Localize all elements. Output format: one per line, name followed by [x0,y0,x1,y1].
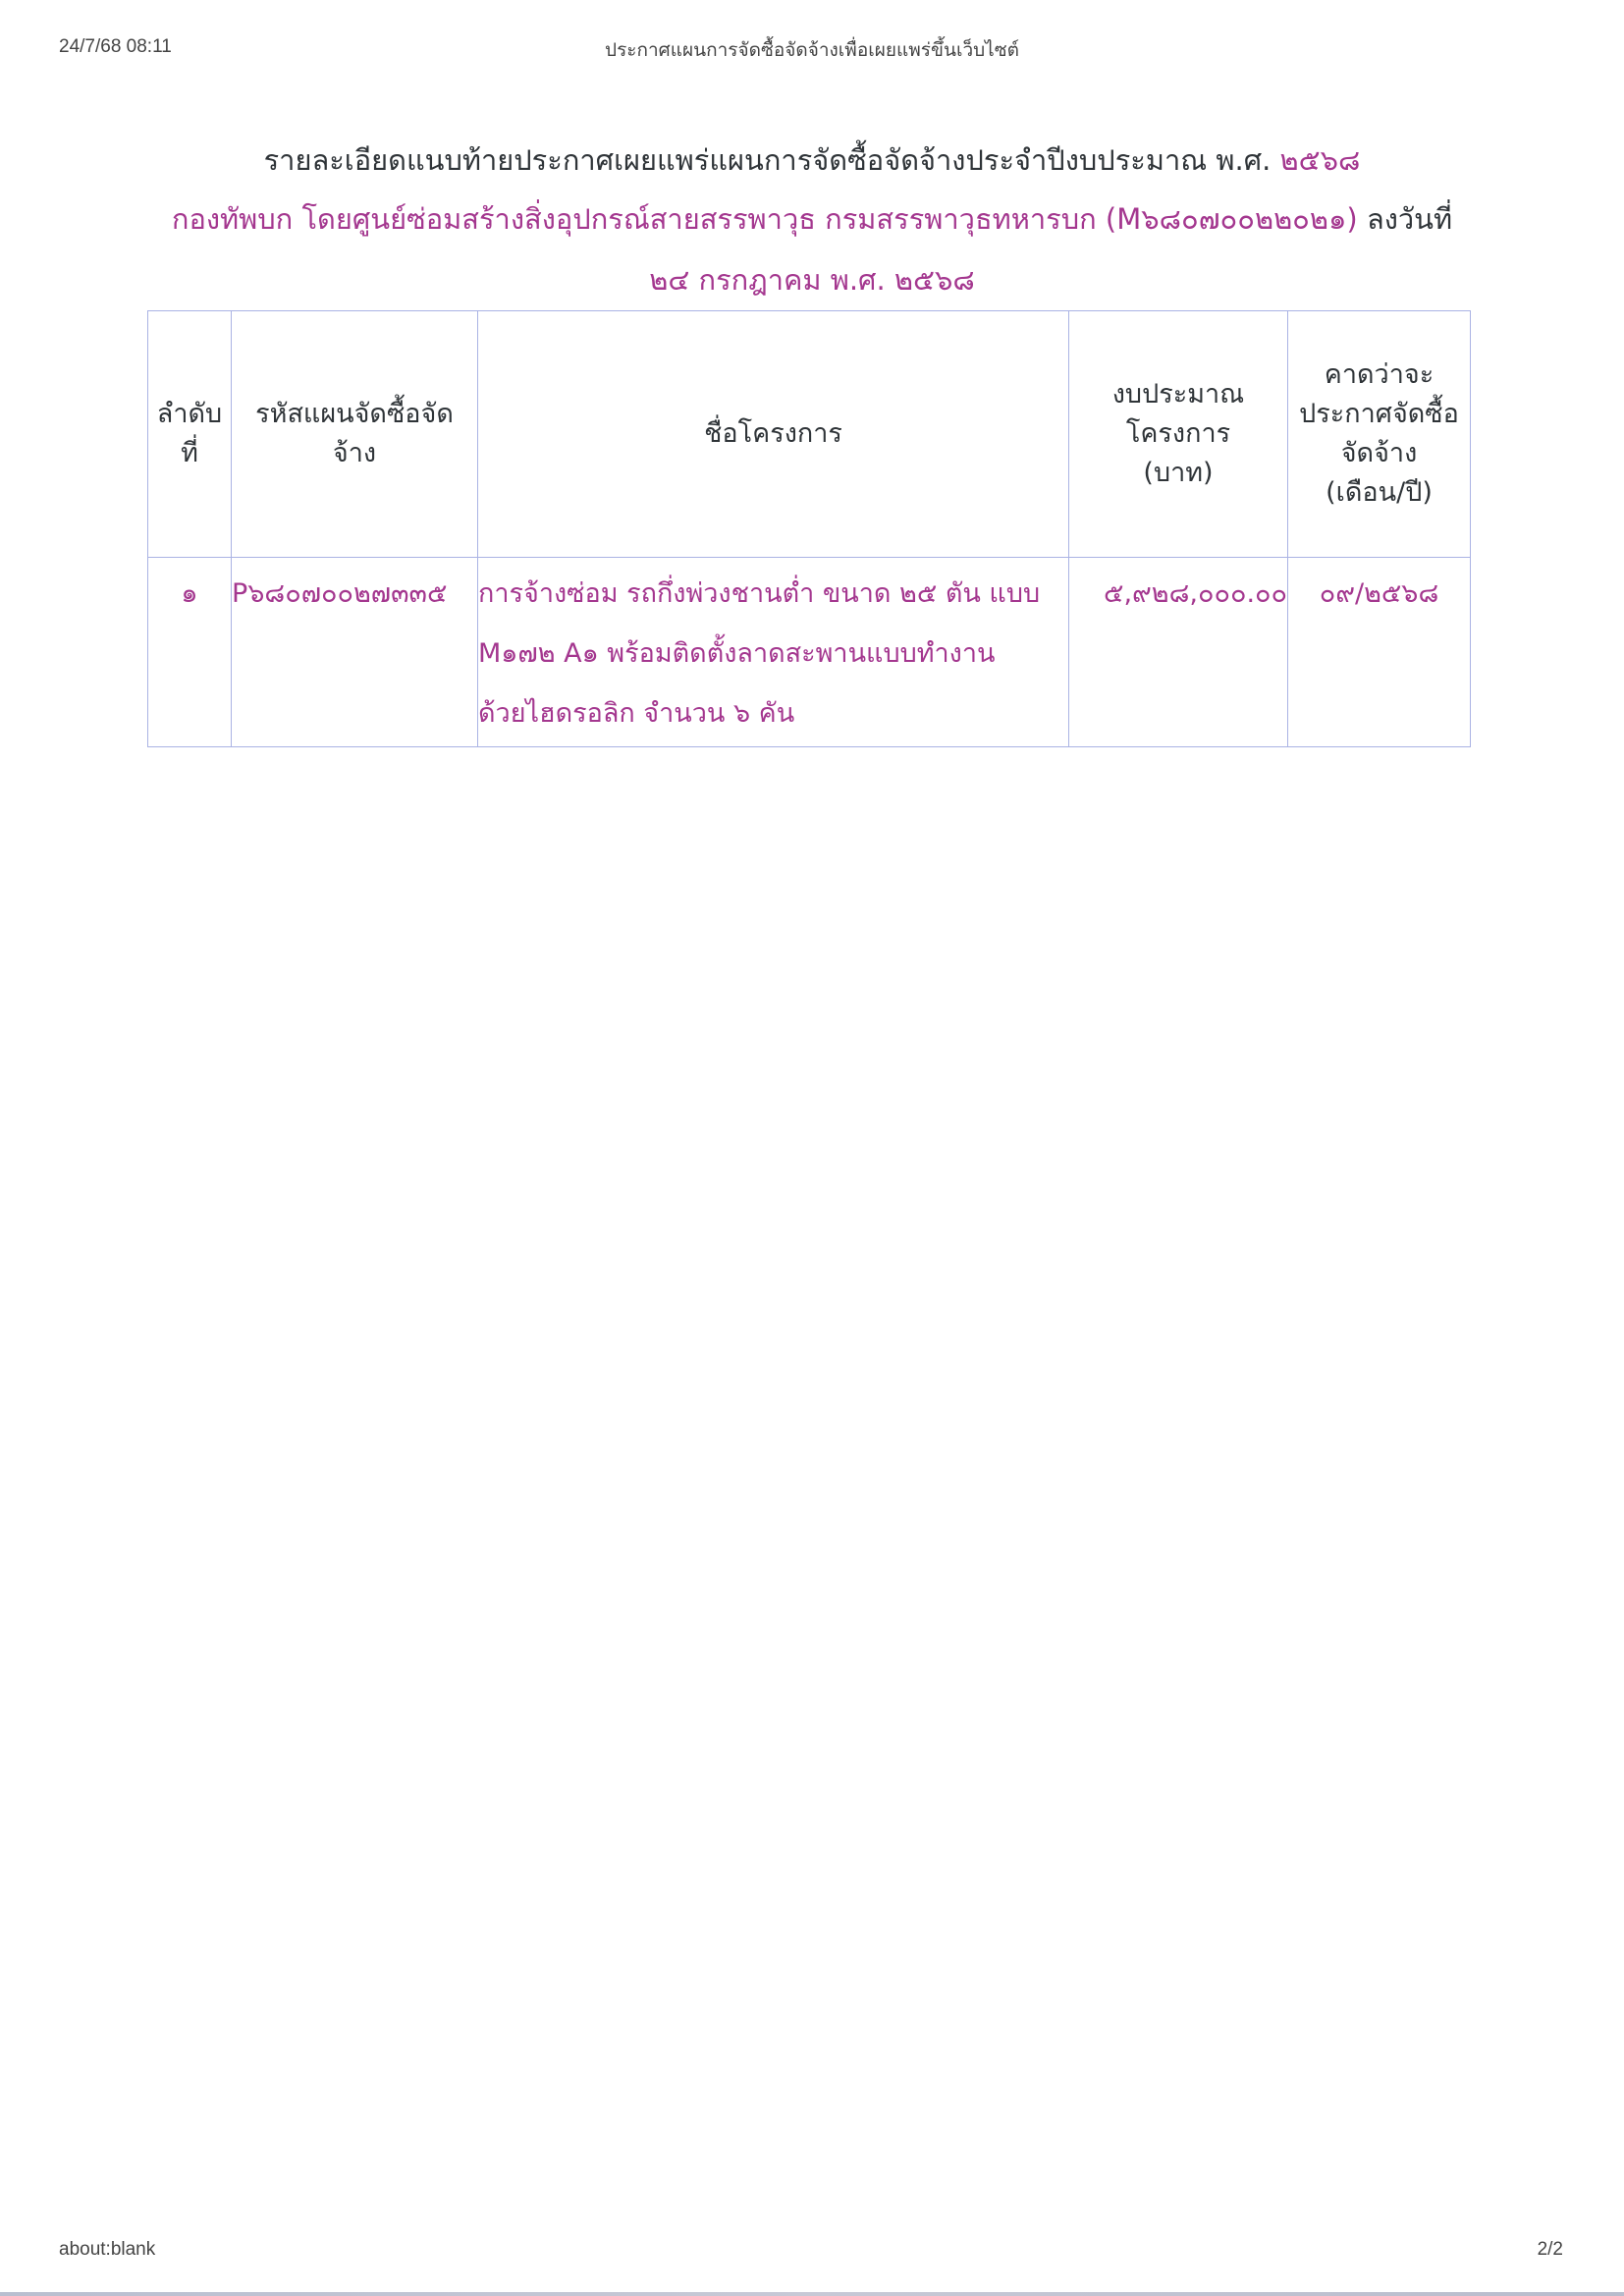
print-page-title: ประกาศแผนการจัดซื้อจัดจ้างเพื่อเผยแพร่ขึ… [0,35,1624,65]
header-project-name: ชื่อโครงการ [478,311,1069,558]
header-expected-date: คาดว่าจะ ประกาศจัดซื้อ จัดจ้าง (เดือน/ปี… [1288,311,1471,558]
page-number: 2/2 [1538,2239,1563,2261]
document-title: รายละเอียดแนบท้ายประกาศเผยแพร่แผนการจัดซ… [0,137,1624,183]
table-row: ๑ P๖๘๐๗๐๐๒๗๓๓๕ การจ้างซ่อม รถกึ่งพ่วงชาน… [148,558,1471,747]
project-budget: ๕,๙๒๘,๐๐๐.๐๐ [1069,558,1288,747]
scan-edge [0,2292,1624,2296]
plan-code: P๖๘๐๗๐๐๒๗๓๓๕ [232,558,478,747]
header-budget: งบประมาณ โครงการ (บาท) [1069,311,1288,558]
expected-announce-date: ๐๙/๒๕๖๘ [1288,558,1471,747]
announcement-date: ๒๔ กรกฎาคม พ.ศ. ๒๕๖๘ [0,257,1624,302]
row-number: ๑ [148,558,232,747]
dated-label: ลงวันที่ [1358,202,1452,236]
document-subtitle: กองทัพบก โดยศูนย์ซ่อมสร้างสิ่งอุปกรณ์สาย… [0,196,1624,242]
header-no: ลำดับ ที่ [148,311,232,558]
fiscal-year: ๒๕๖๘ [1280,143,1361,177]
print-url: about:blank [59,2239,155,2261]
procurement-plan-table: ลำดับ ที่ รหัสแผนจัดซื้อจัด จ้าง ชื่อโคร… [147,310,1471,747]
title-text: รายละเอียดแนบท้ายประกาศเผยแพร่แผนการจัดซ… [264,143,1280,177]
project-name: การจ้างซ่อม รถกึ่งพ่วงชานต่ำ ขนาด ๒๕ ตัน… [478,558,1069,747]
header-plan-code: รหัสแผนจัดซื้อจัด จ้าง [232,311,478,558]
table-header-row: ลำดับ ที่ รหัสแผนจัดซื้อจัด จ้าง ชื่อโคร… [148,311,1471,558]
organization: กองทัพบก โดยศูนย์ซ่อมสร้างสิ่งอุปกรณ์สาย… [172,202,1358,236]
